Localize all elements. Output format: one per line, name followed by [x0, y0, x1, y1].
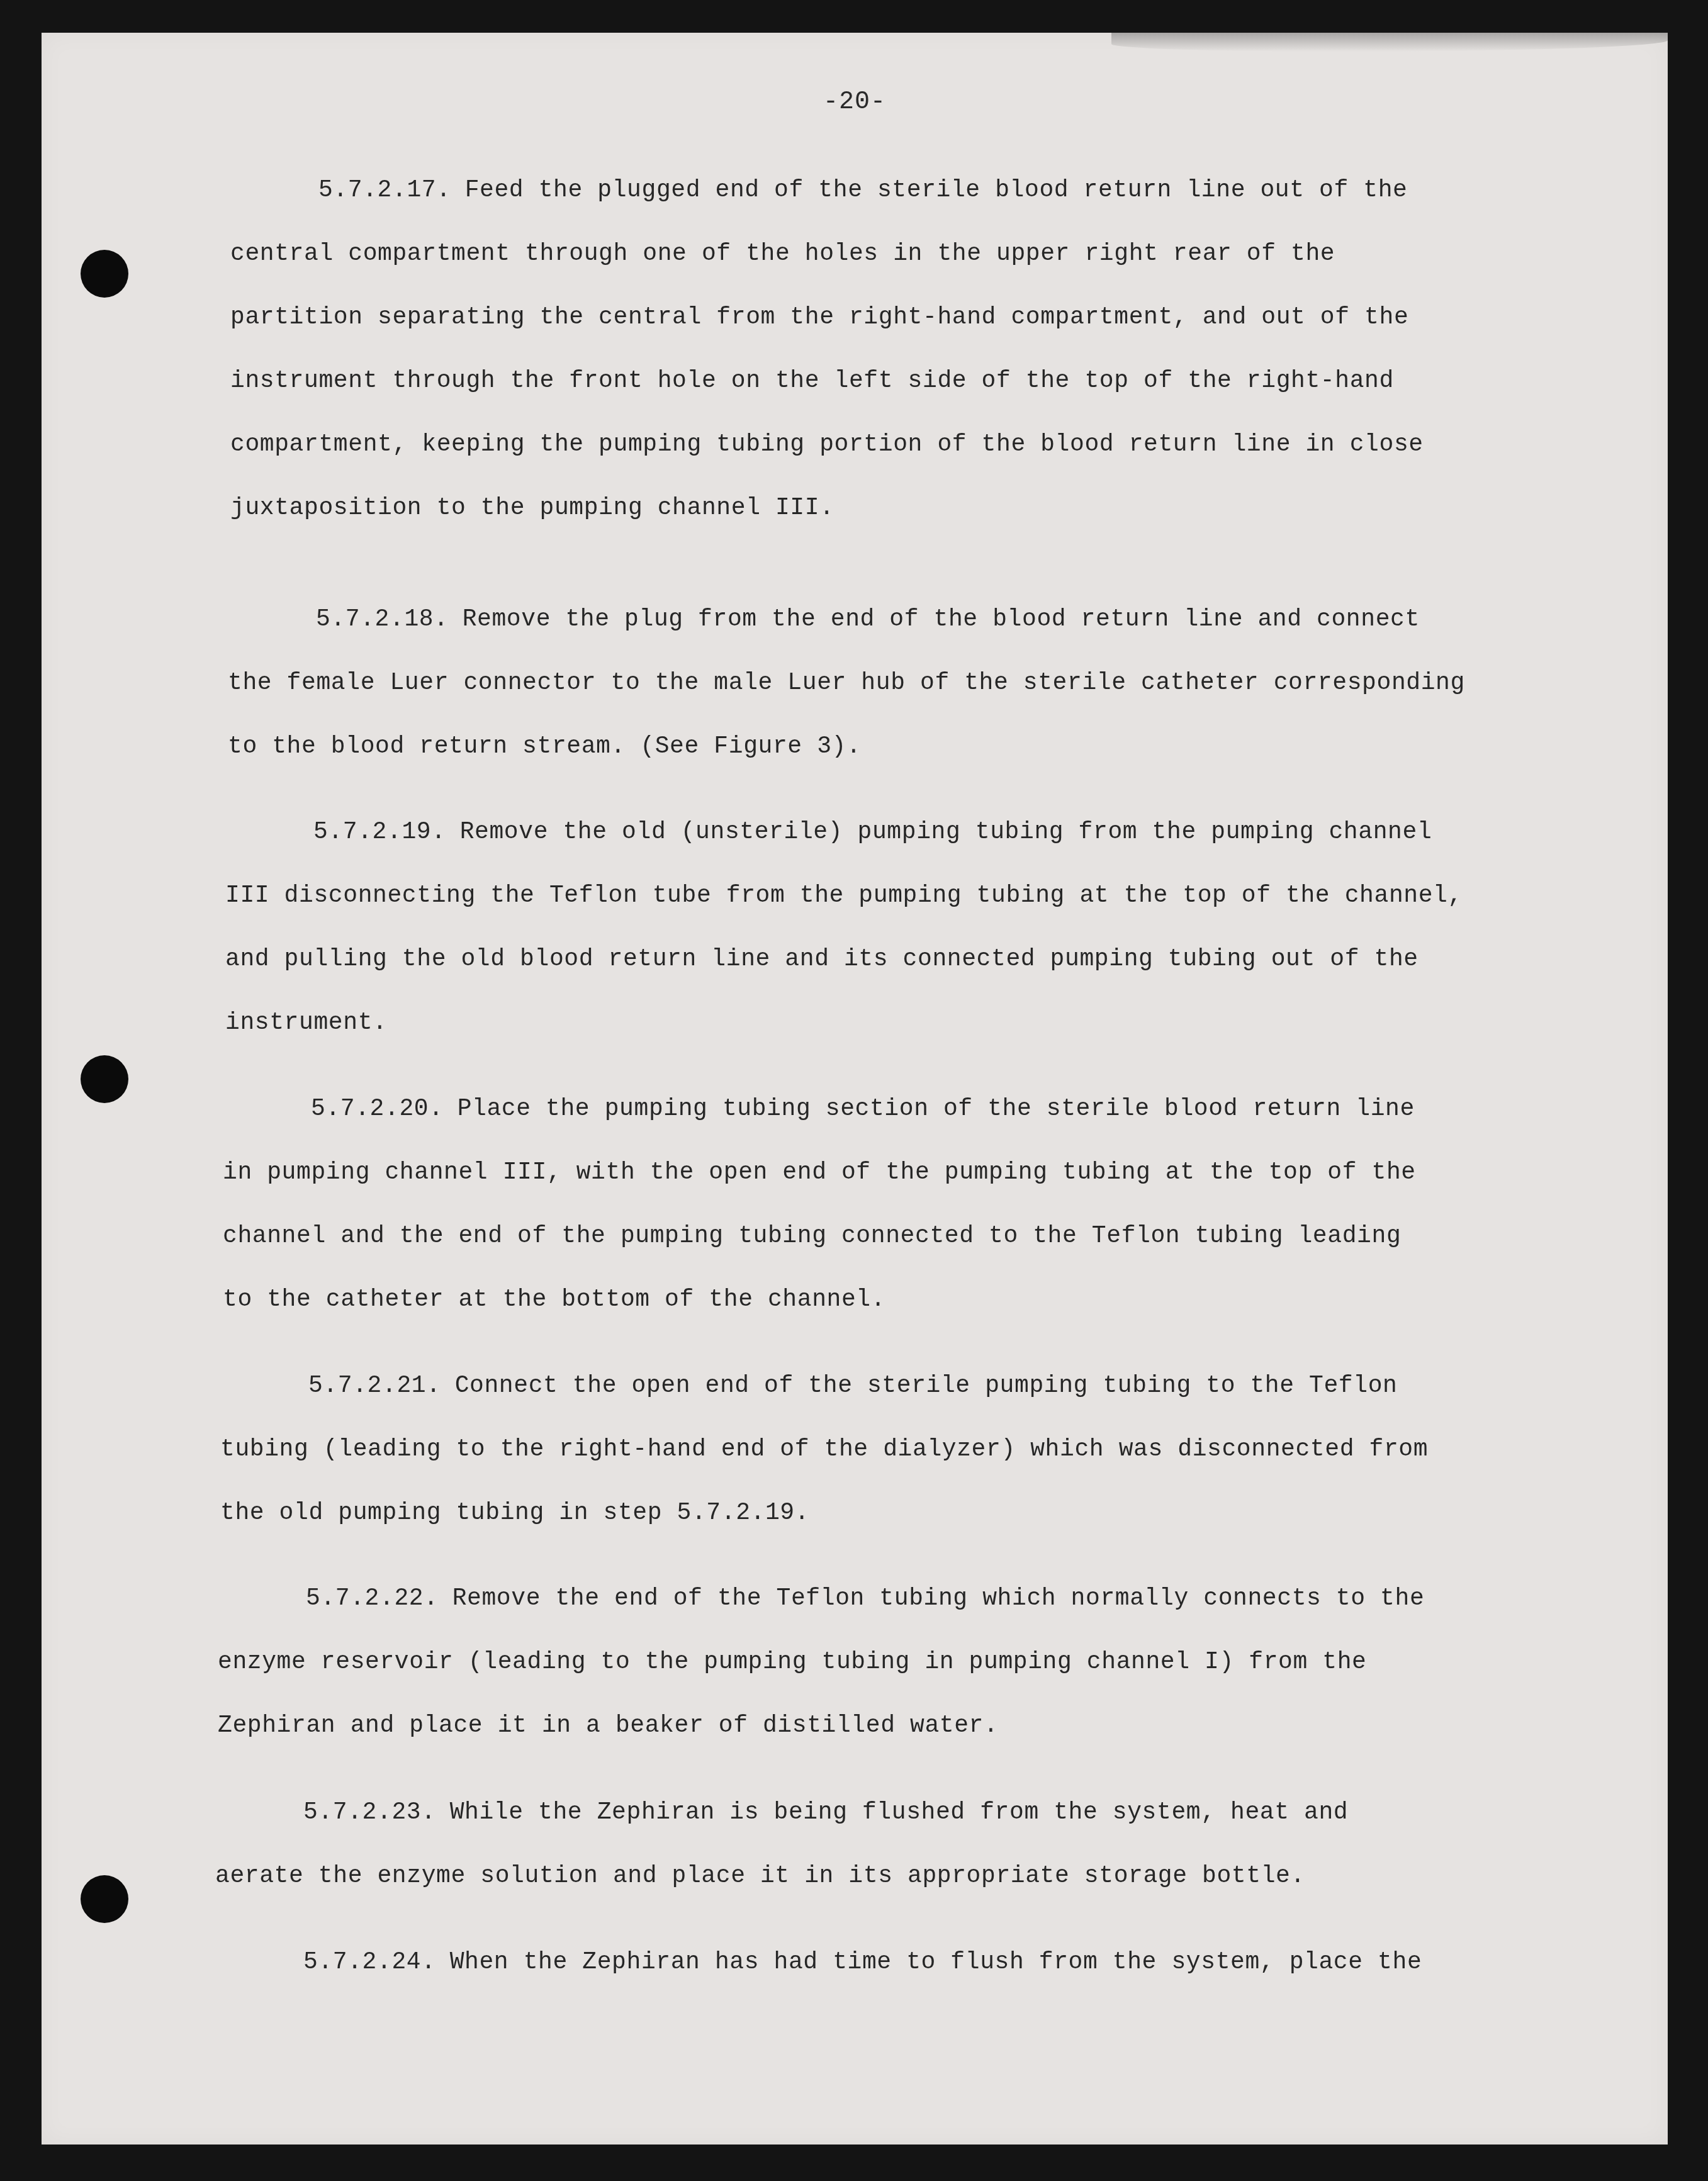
paragraph-line: instrument.	[225, 991, 1463, 1055]
paragraph-line: Zephiran and place it in a beaker of dis…	[218, 1694, 1424, 1758]
paragraph-line: tubing (leading to the right-hand end of…	[220, 1418, 1428, 1481]
paragraph-line: aerate the enzyme solution and place it …	[215, 1844, 1348, 1908]
paragraph-line: Feed the plugged end of the sterile bloo…	[465, 177, 1408, 204]
document-body: 5.7.2.17.Feed the plugged end of the ste…	[42, 33, 1668, 2145]
step-number: 5.7.2.23.	[303, 1799, 436, 1826]
paragraph-line: enzyme reservoir (leading to the pumping…	[218, 1630, 1424, 1694]
paragraph-first-line: 5.7.2.24.When the Zephiran has had time …	[215, 1931, 1422, 1994]
paragraph-line: the old pumping tubing in step 5.7.2.19.	[220, 1481, 1428, 1545]
paragraph-line: partition separating the central from th…	[230, 286, 1424, 349]
step-number: 5.7.2.18.	[316, 606, 449, 633]
paragraph-line: Remove the end of the Teflon tubing whic…	[452, 1585, 1425, 1612]
step-number: 5.7.2.24.	[303, 1949, 436, 1976]
paragraph-5-7-2-17: 5.7.2.17.Feed the plugged end of the ste…	[230, 159, 1424, 540]
paragraph-first-line: 5.7.2.17.Feed the plugged end of the ste…	[230, 159, 1424, 222]
paragraph-line: to the catheter at the bottom of the cha…	[223, 1268, 1416, 1332]
paragraph-line: in pumping channel III, with the open en…	[223, 1141, 1416, 1204]
paragraph-line: Remove the plug from the end of the bloo…	[463, 606, 1420, 633]
paragraph-line: and pulling the old blood return line an…	[225, 928, 1463, 991]
step-number: 5.7.2.17.	[318, 177, 451, 204]
paragraph-line: III disconnecting the Teflon tube from t…	[225, 864, 1463, 928]
paragraph-line: While the Zephiran is being flushed from…	[450, 1799, 1349, 1826]
step-number: 5.7.2.20.	[311, 1096, 444, 1123]
paragraph-5-7-2-22: 5.7.2.22.Remove the end of the Teflon tu…	[218, 1567, 1424, 1758]
paragraph-line: central compartment through one of the h…	[230, 222, 1424, 286]
paragraph-5-7-2-18: 5.7.2.18.Remove the plug from the end of…	[228, 588, 1465, 778]
step-number: 5.7.2.22.	[306, 1585, 439, 1612]
paragraph-line: Connect the open end of the sterile pump…	[455, 1372, 1398, 1399]
paragraph-first-line: 5.7.2.23.While the Zephiran is being flu…	[215, 1781, 1348, 1844]
paragraph-line: instrument through the front hole on the…	[230, 349, 1424, 413]
paragraph-first-line: 5.7.2.18.Remove the plug from the end of…	[228, 588, 1465, 651]
paragraph-line: Place the pumping tubing section of the …	[458, 1096, 1415, 1123]
paragraph-line: juxtaposition to the pumping channel III…	[230, 476, 1424, 540]
paragraph-5-7-2-19: 5.7.2.19.Remove the old (unsterile) pump…	[225, 800, 1463, 1055]
paragraph-line: compartment, keeping the pumping tubing …	[230, 413, 1424, 476]
paragraph-5-7-2-23: 5.7.2.23.While the Zephiran is being flu…	[215, 1781, 1348, 1908]
paragraph-first-line: 5.7.2.20.Place the pumping tubing sectio…	[223, 1077, 1416, 1141]
paragraph-line: Remove the old (unsterile) pumping tubin…	[460, 819, 1432, 846]
paragraph-line: to the blood return stream. (See Figure …	[228, 715, 1465, 778]
document-page: -20- 5.7.2.17.Feed the plugged end of th…	[42, 33, 1668, 2145]
paragraph-first-line: 5.7.2.19.Remove the old (unsterile) pump…	[225, 800, 1463, 864]
paragraph-line: channel and the end of the pumping tubin…	[223, 1204, 1416, 1268]
step-number: 5.7.2.21.	[308, 1372, 441, 1399]
paragraph-line: When the Zephiran has had time to flush …	[450, 1949, 1422, 1976]
paragraph-5-7-2-20: 5.7.2.20.Place the pumping tubing sectio…	[223, 1077, 1416, 1332]
paragraph-line: the female Luer connector to the male Lu…	[228, 651, 1465, 715]
paragraph-first-line: 5.7.2.22.Remove the end of the Teflon tu…	[218, 1567, 1424, 1630]
step-number: 5.7.2.19.	[313, 819, 446, 846]
paragraph-5-7-2-24: 5.7.2.24.When the Zephiran has had time …	[215, 1931, 1422, 1994]
paragraph-5-7-2-21: 5.7.2.21.Connect the open end of the ste…	[220, 1354, 1428, 1545]
paragraph-first-line: 5.7.2.21.Connect the open end of the ste…	[220, 1354, 1428, 1418]
